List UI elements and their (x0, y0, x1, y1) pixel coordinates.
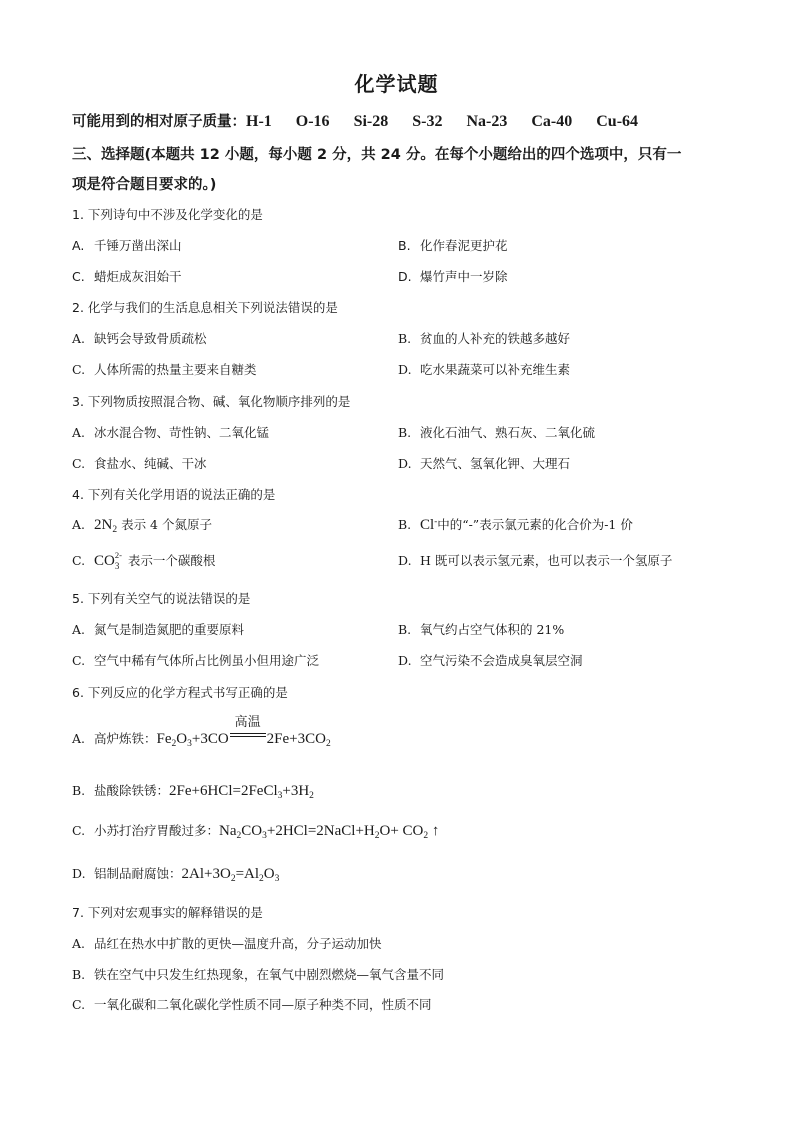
option-text: 空气中稀有气体所占比例虽小但用途广泛 (94, 653, 319, 668)
option-label: C. (72, 269, 94, 284)
atomic-mass-label: 可能用到的相对原子质量： (72, 114, 246, 130)
question-3-option-c: C.食盐水、纯碱、干冰 (72, 454, 207, 472)
section-heading-line-2: 项是符合题目要求的。) (72, 173, 216, 194)
option-text: 液化石油气、熟石灰、二氧化硫 (420, 425, 595, 440)
option-label: A. (72, 517, 94, 532)
question-2-option-a: A.缺钙会导致骨质疏松 (72, 329, 207, 347)
option-text: 贫血的人补充的铁越多越好 (420, 331, 570, 346)
question-3-option-d: D.天然气、氢氧化钾、大理石 (398, 454, 570, 472)
option-text: H 既可以表示氢元素，也可以表示一个氢原子 (420, 553, 672, 568)
option-label: B. (398, 622, 420, 637)
equation-baking-soda: Na2CO3+2HCl=2NaCl+H2O+ CO2 ↑ (219, 823, 439, 839)
formula-2n2: 2N2 (94, 517, 117, 533)
option-text: 千锤万凿出深山 (94, 238, 182, 253)
question-6-option-c: C.小苏打治疗胃酸过多：Na2CO3+2HCl=2NaCl+H2O+ CO2 ↑ (72, 821, 439, 840)
question-5-option-b: B.氧气约占空气体积的 21% (398, 620, 564, 638)
option-label: C. (72, 456, 94, 471)
option-label: B. (398, 425, 420, 440)
question-2-option-c: C.人体所需的热量主要来自糖类 (72, 360, 257, 378)
page-title: 化学试题 (0, 68, 793, 97)
question-1-option-b: B.化作春泥更护花 (398, 236, 508, 254)
option-text: 缺钙会导致骨质疏松 (94, 331, 207, 346)
option-text: 一氧化碳和二氧化碳化学性质不同—原子种类不同，性质不同 (94, 997, 432, 1012)
question-4-option-b: B.Cl-中的“-”表示氯元素的化合价为-1 价 (398, 515, 633, 534)
reaction-condition: 高温 (230, 728, 266, 740)
question-1-option-a: A.千锤万凿出深山 (72, 236, 182, 254)
question-3-option-b: B.液化石油气、熟石灰、二氧化硫 (398, 423, 595, 441)
atomic-mass-si: Si-28 (354, 113, 389, 131)
option-text: 天然气、氢氧化钾、大理石 (420, 456, 570, 471)
question-4-option-c: C.CO2-3 表示一个碳酸根 (72, 551, 215, 570)
question-7-stem: 7. 下列对宏观事实的解释错误的是 (72, 903, 263, 921)
option-text: 小苏打治疗胃酸过多： (94, 823, 219, 838)
option-text: 人体所需的热量主要来自糖类 (94, 362, 257, 377)
question-4-option-a: A.2N2 表示 4 个氮原子 (72, 515, 212, 534)
option-text: 蜡炬成灰泪始干 (94, 269, 182, 284)
option-label: C. (72, 997, 94, 1012)
question-5-option-c: C.空气中稀有气体所占比例虽小但用途广泛 (72, 651, 319, 669)
option-label: A. (72, 936, 94, 951)
option-label: A. (72, 425, 94, 440)
option-label: D. (72, 866, 94, 881)
option-text: 食盐水、纯碱、干冰 (94, 456, 207, 471)
option-label: A. (72, 238, 94, 253)
question-4-option-d: D.H 既可以表示氢元素，也可以表示一个氢原子 (398, 551, 672, 569)
question-7-option-b: B.铁在空气中只发生红热现象，在氧气中剧烈燃烧—氧气含量不同 (72, 965, 444, 983)
option-text: 化作春泥更护花 (420, 238, 508, 253)
equation-rust-removal: 2Fe+6HCl=2FeCl3+3H2 (169, 783, 314, 799)
question-1-stem: 1. 下列诗句中不涉及化学变化的是 (72, 205, 263, 223)
question-2-stem: 2. 化学与我们的生活息息相关下列说法错误的是 (72, 298, 338, 316)
atomic-mass-ca: Ca-40 (531, 113, 572, 131)
option-text: 铁在空气中只发生红热现象，在氧气中剧烈燃烧—氧气含量不同 (94, 967, 444, 982)
option-text: 表示 4 个氮原子 (121, 517, 212, 532)
formula-cl-ion: Cl- (420, 517, 437, 533)
question-3-option-a: A.冰水混合物、苛性钠、二氧化锰 (72, 423, 269, 441)
option-label: D. (398, 653, 420, 668)
option-label: C. (72, 653, 94, 668)
option-label: B. (398, 517, 420, 532)
question-1-option-d: D.爆竹声中一岁除 (398, 267, 508, 285)
option-text: 冰水混合物、苛性钠、二氧化锰 (94, 425, 269, 440)
question-3-stem: 3. 下列物质按照混合物、碱、氧化物顺序排列的是 (72, 392, 350, 410)
section-heading-line-1: 三、选择题(本题共 12 小题，每小题 2 分，共 24 分。在每个小题给出的四… (72, 143, 681, 164)
atomic-mass-o: O-16 (296, 113, 330, 131)
option-label: D. (398, 269, 420, 284)
option-label: B. (398, 331, 420, 346)
option-label: B. (398, 238, 420, 253)
atomic-mass-line: 可能用到的相对原子质量：H-1O-16Si-28S-32Na-23Ca-40Cu… (72, 110, 638, 131)
option-text: 铝制品耐腐蚀： (94, 866, 182, 881)
atomic-mass-h: H-1 (246, 113, 272, 131)
option-text: 高炉炼铁： (94, 731, 157, 746)
question-2-option-b: B.贫血的人补充的铁越多越好 (398, 329, 570, 347)
option-label: D. (398, 362, 420, 377)
question-6-option-a: A.高炉炼铁：Fe2O3+3CO高温2Fe+3CO2 (72, 728, 331, 748)
question-1-option-c: C.蜡炬成灰泪始干 (72, 267, 182, 285)
atomic-mass-cu: Cu-64 (596, 113, 638, 131)
equation-aluminum: 2Al+3O2=Al2O3 (182, 866, 280, 882)
atomic-mass-s: S-32 (412, 113, 442, 131)
equation-blast-furnace: Fe2O3+3CO高温2Fe+3CO2 (157, 731, 331, 747)
option-label: C. (72, 823, 94, 838)
option-text: 氧气约占空气体积的 21% (420, 622, 564, 637)
question-6-option-b: B.盐酸除铁锈：2Fe+6HCl=2FeCl3+3H2 (72, 781, 314, 800)
option-label: B. (72, 967, 94, 982)
option-text: 吃水果蔬菜可以补充维生素 (420, 362, 570, 377)
gas-arrow-icon: ↑ (432, 823, 440, 839)
option-label: D. (398, 553, 420, 568)
option-label: C. (72, 553, 94, 568)
question-6-stem: 6. 下列反应的化学方程式书写正确的是 (72, 683, 288, 701)
option-label: A. (72, 731, 94, 746)
atomic-mass-na: Na-23 (466, 113, 507, 131)
option-label: C. (72, 362, 94, 377)
option-text: 爆竹声中一岁除 (420, 269, 508, 284)
option-text: 盐酸除铁锈： (94, 783, 169, 798)
question-5-option-d: D.空气污染不会造成臭氧层空洞 (398, 651, 583, 669)
question-7-option-a: A.品红在热水中扩散的更快—温度升高，分子运动加快 (72, 934, 382, 952)
option-label: B. (72, 783, 94, 798)
option-label: A. (72, 622, 94, 637)
question-2-option-d: D.吃水果蔬菜可以补充维生素 (398, 360, 570, 378)
question-4-stem: 4. 下列有关化学用语的说法正确的是 (72, 485, 275, 503)
question-7-option-c: C.一氧化碳和二氧化碳化学性质不同—原子种类不同，性质不同 (72, 995, 432, 1013)
option-text: 中的“-”表示氯元素的化合价为-1 价 (437, 517, 633, 532)
question-6-option-d: D.铝制品耐腐蚀：2Al+3O2=Al2O3 (72, 864, 279, 883)
question-5-option-a: A.氮气是制造氮肥的重要原料 (72, 620, 244, 638)
option-label: D. (398, 456, 420, 471)
option-label: A. (72, 331, 94, 346)
option-text: 表示一个碳酸根 (128, 553, 216, 568)
option-text: 氮气是制造氮肥的重要原料 (94, 622, 244, 637)
formula-carbonate: CO2-3 (94, 553, 124, 569)
option-text: 空气污染不会造成臭氧层空洞 (420, 653, 583, 668)
question-5-stem: 5. 下列有关空气的说法错误的是 (72, 589, 250, 607)
exam-page: 化学试题 可能用到的相对原子质量：H-1O-16Si-28S-32Na-23Ca… (0, 0, 793, 1122)
option-text: 品红在热水中扩散的更快—温度升高，分子运动加快 (94, 936, 382, 951)
